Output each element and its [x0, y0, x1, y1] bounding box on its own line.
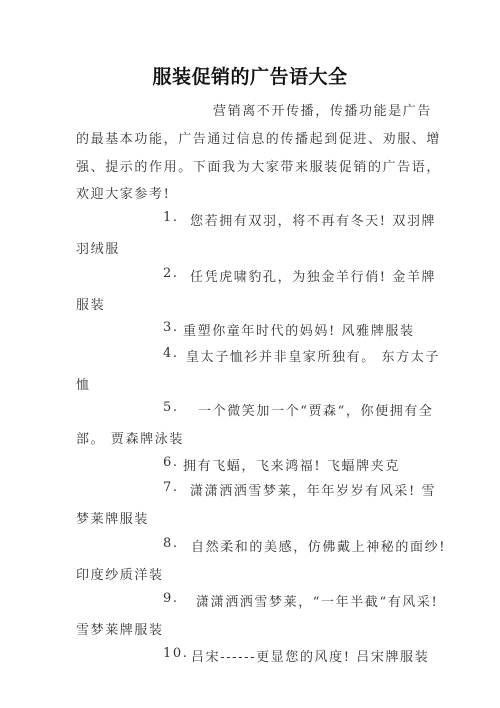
item-text: 一个微笑加一个“贾森“，你便拥有全: [198, 400, 434, 419]
item-number: 4.: [163, 346, 179, 361]
item-text-cont: 羽绒服: [76, 238, 120, 257]
item-number: 6.: [163, 455, 179, 470]
item-number: 9.: [163, 591, 179, 606]
item-text: 重塑你童年时代的妈妈! 风雅牌服装: [183, 320, 415, 339]
item-text: 吕宋------更显您的风度! 吕宋牌服装: [191, 646, 429, 665]
item-number: 10.: [163, 646, 188, 661]
item-text-cont: 雪梦莱牌服装: [76, 619, 164, 638]
item-number: 1.: [163, 210, 179, 225]
item-text: 潇潇洒洒雪梦莱，年年岁岁有风采! 雪: [190, 480, 436, 499]
item-text-cont: 印度纱质洋装: [76, 564, 164, 583]
item-number: 8.: [163, 536, 179, 551]
intro-line: 的最基本功能，广告通过信息的传播起到促进、劝服、增: [76, 128, 441, 147]
item-text-cont: 梦莱牌服装: [76, 508, 149, 527]
item-text: 潇潇洒洒雪梦莱，“一年半截“有风采!: [196, 591, 438, 610]
item-text-cont: 部。 贾森牌泳装: [76, 428, 184, 447]
intro-line: 欢迎大家参考!: [76, 183, 170, 202]
item-text: 自然柔和的美感，仿佛戴上神秘的面纱!: [191, 536, 446, 555]
intro-line: 强、提示的作用。下面我为大家带来服装促销的广告语，: [76, 156, 441, 175]
item-text-cont: 服装: [76, 294, 105, 313]
item-text: 任凭虎啸豹孔，为独金羊行俏! 金羊牌: [190, 266, 436, 285]
item-text: 您若拥有双羽，将不再有冬天! 双羽牌: [190, 210, 436, 229]
intro-line: 营销离不开传播，传播功能是广告: [213, 100, 432, 119]
page-title: 服装促销的广告语大全: [0, 62, 500, 89]
item-number: 3.: [163, 320, 179, 335]
item-text-cont: 恤: [76, 374, 91, 393]
item-number: 5.: [163, 400, 179, 415]
item-number: 2.: [163, 266, 179, 281]
item-number: 7.: [163, 480, 179, 495]
item-text: 皇太子恤衫并非皇家所独有。 东方太子: [186, 346, 440, 365]
item-text: 拥有飞蝠，飞来鸿福! 飞蝠牌夹克: [183, 455, 400, 474]
